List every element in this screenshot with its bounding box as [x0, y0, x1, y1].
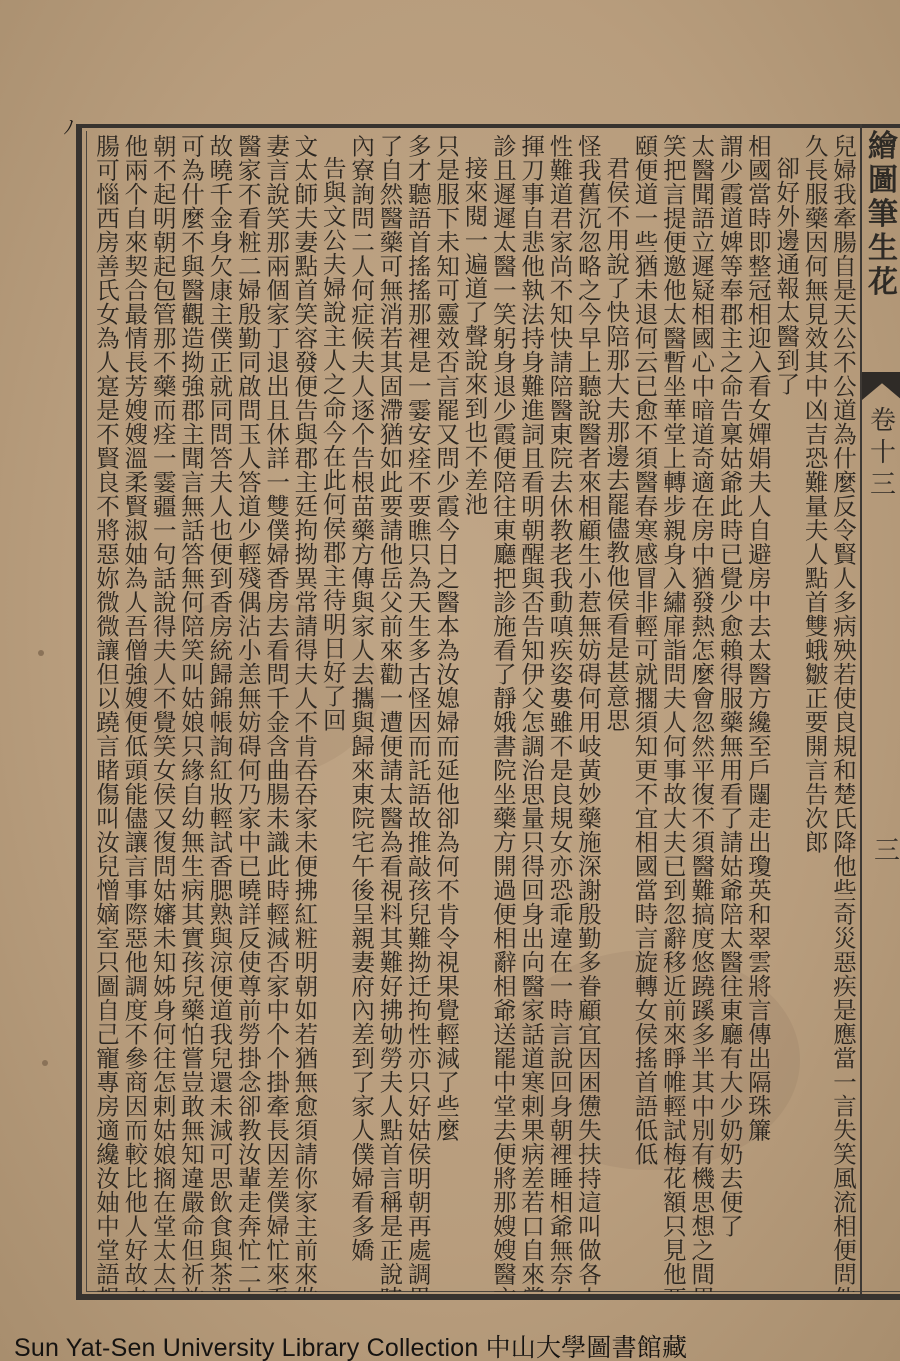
title-char: 繪 — [868, 130, 898, 164]
text-column: 頤便道一些猶未退何云已愈不須醫春寒感冒非輕可就擱須知更不宜相國當時言旋轉女侯搖首… — [631, 134, 658, 1292]
text-column: 他兩个自來契合最情長芳嫂嫂溫柔賢淑妯為人吾僧強嫂便低頭能儘讓言事際惡他調度不參商… — [120, 134, 147, 1292]
volume-label: 卷 十 三 — [868, 405, 898, 501]
text-column: 妻言說笑那兩個家丁退出且休詳一雙僕婦香房去看問千金含曲腸未識此時輕減否家中个个掛… — [262, 134, 289, 1292]
book-title-banner: 繪 圖 筆 生 花 — [866, 130, 900, 300]
text-column: 性難道君家尚不知快請陪醫東院去休教老我動嗔疾姿婁雖不是良規女亦恐乖違在一時言說回… — [546, 134, 573, 1292]
text-column: 怪我舊沉忽略之今早上聽說醫者來相顧生小惹無妨碍何用岐黃妙藥施深謝殷勤多眷顧宜因困… — [574, 134, 601, 1292]
text-column: 太醫聞語立遲疑相國心中暗道奇適在房中猶發熱怎麼會忽然平復不須醫難搞度悠蹺蹊多半其… — [687, 134, 714, 1292]
library-collection-caption: Sun Yat-Sen University Library Collectio… — [14, 1328, 687, 1361]
text-column: 兒婦我牽腸自是天公不公道為什麼反令賢人多病殃若使良規和楚氏降他些奇災惡疾是應當一… — [829, 134, 856, 1292]
text-column: 診且遲遲太醫一笑躬身退少霞便陪往東廳把診施看了靜娥書院坐藥方開過便相辭相爺送罷中… — [489, 134, 516, 1292]
binding-hole — [38, 650, 44, 656]
title-char: 生 — [868, 232, 898, 266]
text-column: 腸可惱西房善氏女為人寔是不賢良不將惡妳微微讓但以蹺言睹傷叫汝兒憎嫡室只圖自己寵專… — [92, 134, 119, 1292]
binding-hole — [42, 1060, 48, 1066]
text-column: 朝不起明朝起包管那不藥而痊一霎疆一句話說得夫人不覺笑女侯又復問姑嬸未知姊身何往怎… — [149, 134, 176, 1292]
text-column: 久長服藥因何無見效其中凶吉恐難量夫人點首雙蛾皺正要開言告次郎 — [801, 134, 828, 1292]
text-column: 卻好外邊通報太醫到了 — [772, 134, 799, 1314]
banner-column-rule — [860, 124, 862, 1294]
text-column: 笑把言提便邀他太醫暫坐華堂上轉步親身入繡扉詣問夫人何事故大夫已到忽辭移近前來睜帷… — [659, 134, 686, 1292]
volume-char: 卷 — [870, 405, 896, 437]
text-column: 多才聽語首搖搖那裡是一霎安痊不要瞧只為天生多古怪因而託語故推敲孩兒難拗迁拘性亦只… — [404, 134, 431, 1292]
text-column: 揮刀事自悲他執法持身難進詞且看明朝醒與否告知伊父怎調治思量只得回身出向醫家話道寒… — [517, 134, 544, 1292]
text-column: 故曉千金身欠康主僕正就同問答夫人也便到香房統歸錦帳詢紅妝輕試香腮熟與涼便道我兒還… — [205, 134, 232, 1292]
text-column: 醫家不看粧二婦殷勤同啟問玉人答道少輕殘偶沾小恙無妨碍何乃家中已曉詳反使尊前勞掛念… — [234, 134, 261, 1292]
page-number: 三 — [874, 830, 900, 867]
text-column: 文太師夫妻點首笑容發便告與郡主廷拘拗異常請得夫人不肯吞吞家未便拂紅粧明朝如若猶無… — [290, 134, 317, 1292]
volume-char: 十 — [870, 437, 896, 469]
text-column: 只是服下未知可靈效否言罷又問少霞今日之醫本為汝媳婦而延他卻為何不肯令視果覺輕減了… — [432, 134, 459, 1292]
text-column: 謂少霞道婢等奉郡主之命告稟姑爺此時已覺少愈賴得服藥無用看了請姑爺陪太醫往東廳有大… — [716, 134, 743, 1292]
text-column: 了自然醫藥可無消若其固滯猶如此要請他岳父前來勸一遭便請太醫為看視料其難好拂劬勞夫… — [375, 134, 402, 1292]
title-char: 圖 — [868, 164, 898, 198]
text-column: 接來閱一遍道了聲說來到也不差池 — [460, 134, 487, 1314]
text-column: 君侯不用說了快陪那大夫那邊去罷儘教他侯看是甚意思 — [602, 134, 629, 1314]
text-column: 相國當時即整冠相迎入看女嬋娟夫人自避房中去太醫方纔至戶闥走出瓊英和翠雲將言傳出隔… — [744, 134, 771, 1292]
body-text: 兒婦我牽腸自是天公不公道為什麼反令賢人多病殃若使良規和楚氏降他些奇災惡疾是應當一… — [92, 134, 856, 1292]
volume-char: 三 — [870, 469, 896, 501]
text-column: 可為什麼不與醫觀造拗強郡主聞言無話答無何陪笑叫姑娘只緣自幼無生病其實孩兒藥怕嘗豈… — [177, 134, 204, 1292]
title-char: 花 — [868, 266, 898, 300]
title-char: 筆 — [868, 198, 898, 232]
text-column: 內寮詢問二人何症候夫人逐个告根苗藥方傳與家人去攜與歸來東院宅午後呈親妻府內差到了… — [347, 134, 374, 1292]
text-column: 告與文公夫婦說主人之命今在此何侯郡主待明日好了回 — [319, 134, 346, 1314]
